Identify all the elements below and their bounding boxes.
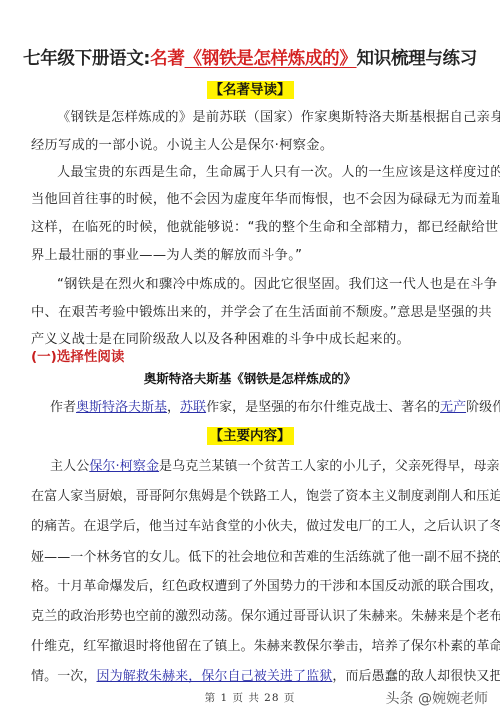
section-content-tag: 【主要内容】 [207, 427, 294, 445]
intro-line: 中、在艰苦考验中锻炼出来的，并学会了在生活面前不颓废。”意思是坚强的共 [31, 301, 492, 320]
watermark: 头条 @婉婉老师 [386, 688, 488, 706]
intro-line: 这样，在临死的时候，他就能够说：“我的整个生命和全部精力，都已经献给世 [31, 216, 498, 235]
intro-line: 人最宝贵的东西是生命，生命属于人只有一次。人的一生应该是这样度过的； [57, 161, 500, 180]
content-last-pre: 情。一次， [31, 669, 97, 684]
intro-line: “钢铁是在烈火和骤冷中炼成的。因此它很坚固。我们这一代人也是在斗争 [57, 273, 497, 292]
content-line: 在富人家当厨娘，哥哥阿尔焦姆是个铁路工人，饱尝了资本主义制度剥削人和压迫人 [31, 485, 500, 504]
content-line: 娅——一个林务官的女儿。低下的社会地位和苦难的生活练就了他一副不屈不挠的性 [31, 546, 500, 565]
intro-line: 经历写成的一部小说。小说主人公是保尔·柯察金。 [31, 134, 333, 153]
content-first-post: 是乌克兰某镇一个贫苦工人家的小儿子，父亲死得早，母亲则 [159, 459, 500, 474]
reading-subtitle: 奥斯特洛夫斯基《钢铁是怎样炼成的》 [0, 369, 500, 387]
content-line: 格。十月革命爆发后，红色政权遭到了外国势力的干涉和本国反动派的联合围攻，乌 [31, 575, 500, 594]
title-prefix: 七年级下册语文: [23, 49, 150, 69]
link-proletariat[interactable]: 无产 [440, 400, 466, 415]
author-pre: 作者 [50, 400, 76, 415]
content-first-pre: 主人公 [50, 459, 89, 474]
author-line: 作者奥斯特洛夫斯基，苏联作家，是坚强的布尔什维克战士、著名的无产阶级作家。 [50, 396, 500, 415]
title-red-prefix: 名著 [150, 49, 184, 69]
link-soviet-union[interactable]: 苏联 [180, 400, 206, 415]
content-line: 什维克，红军撤退时将他留在了镇上。朱赫来教保尔拳击，培养了保尔朴素的革命热 [31, 635, 500, 654]
document-title: 七年级下册语文:名著《钢铁是怎样炼成的》知识梳理与练习 [0, 45, 500, 70]
author-mid1: ， [167, 400, 180, 415]
intro-line: 《钢铁是怎样炼成的》是前苏联（国家）作家奥斯特洛夫斯基根据自己亲身 [57, 106, 500, 125]
intro-line: 界上最壮丽的事业——为人类的解放而斗争。” [31, 244, 302, 263]
title-book-name: 《钢铁是怎样炼成的》 [185, 49, 357, 69]
content-last-line: 情。一次，因为解救朱赫来，保尔自己被关进了监狱，而后愚蠢的敌人却很快又把他 [31, 665, 500, 684]
content-last-post: ，而后愚蠢的敌人却很快又把他 [332, 669, 500, 684]
section-intro-tag: 【名著导读】 [207, 81, 294, 99]
title-suffix: 知识梳理与练习 [357, 49, 477, 69]
content-line: 克兰的政治形势也空前的激烈动荡。保尔通过哥哥认识了朱赫来。朱赫来是个老布尔 [31, 605, 500, 624]
link-rescue-zhukhrai[interactable]: 因为解救朱赫来，保尔自己被关进了监狱 [97, 669, 333, 684]
content-line: 的痛苦。在退学后，他当过车站食堂的小伙夫，做过发电厂的工人，之后认识了冬妮 [31, 515, 500, 534]
content-first-line: 主人公保尔·柯察金是乌克兰某镇一个贫苦工人家的小儿子，父亲死得早，母亲则 [50, 455, 500, 474]
link-pavel-korchagin[interactable]: 保尔·柯察金 [89, 459, 159, 474]
section-reading-heading: (一)选择性阅读 [31, 345, 124, 365]
section-content-heading: 【主要内容】 [0, 424, 500, 444]
section-intro-heading: 【名著导读】 [0, 78, 500, 98]
author-mid2: 作家，是坚强的布尔什维克战士、著名的 [206, 400, 440, 415]
link-ostrovsky[interactable]: 奥斯特洛夫斯基 [76, 400, 167, 415]
author-post: 阶级作家。 [466, 400, 500, 415]
intro-line: 当他回首往事的时候，他不会因为虚度年华而悔恨，也不会因为碌碌无为而羞耻； [31, 188, 500, 207]
